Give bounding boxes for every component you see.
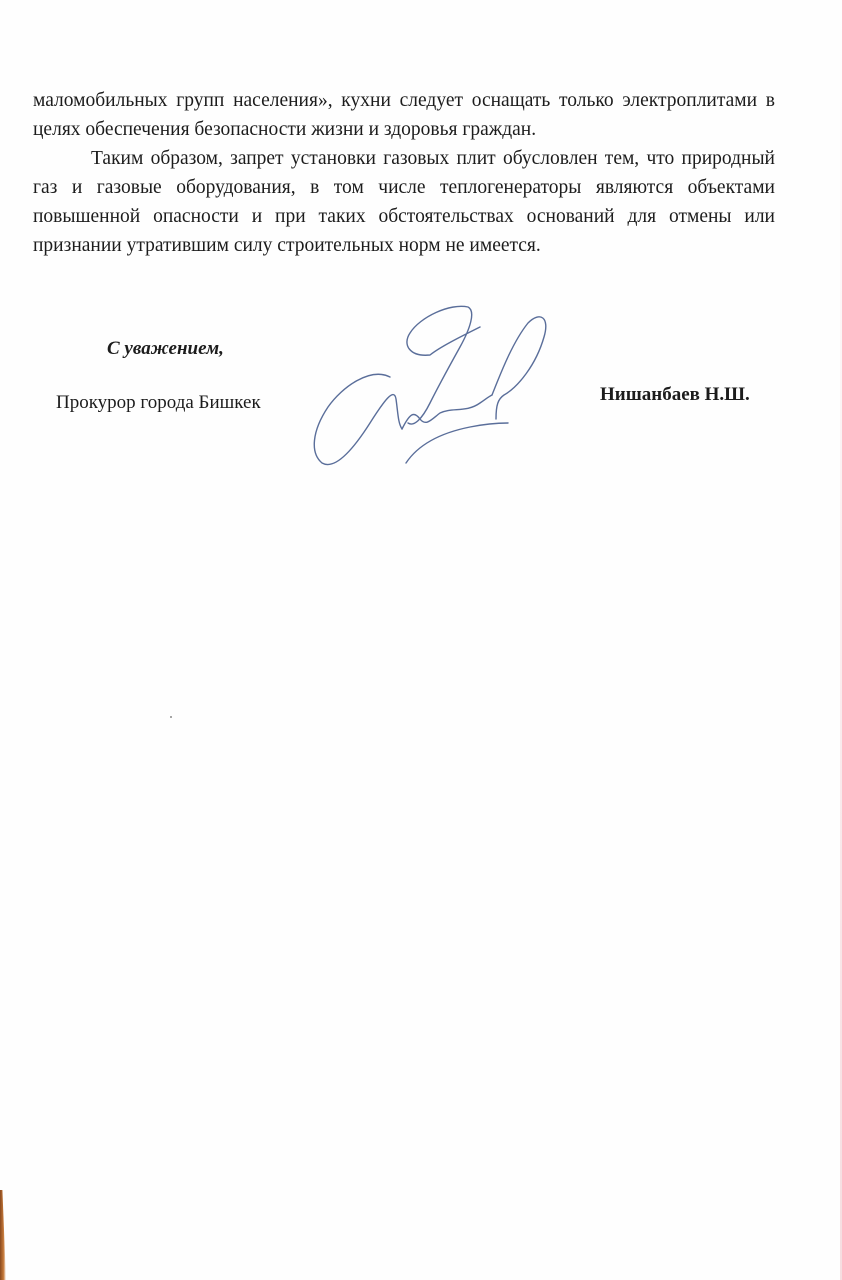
closing-salutation: С уважением, <box>107 338 224 360</box>
letter-body: маломобильных групп населения», кухни сл… <box>33 86 775 260</box>
paragraph-1: маломобильных групп населения», кухни сл… <box>33 86 775 144</box>
signer-position: Прокурор города Бишкек <box>56 392 261 414</box>
paper-speck <box>170 716 172 718</box>
handwritten-signature <box>290 295 570 485</box>
paragraph-2: Таким образом, запрет установки газовых … <box>33 144 775 260</box>
signer-name: Нишанбаев Н.Ш. <box>600 384 750 406</box>
desk-edge-left <box>0 1190 6 1280</box>
document-page: маломобильных групп населения», кухни сл… <box>0 0 842 1280</box>
